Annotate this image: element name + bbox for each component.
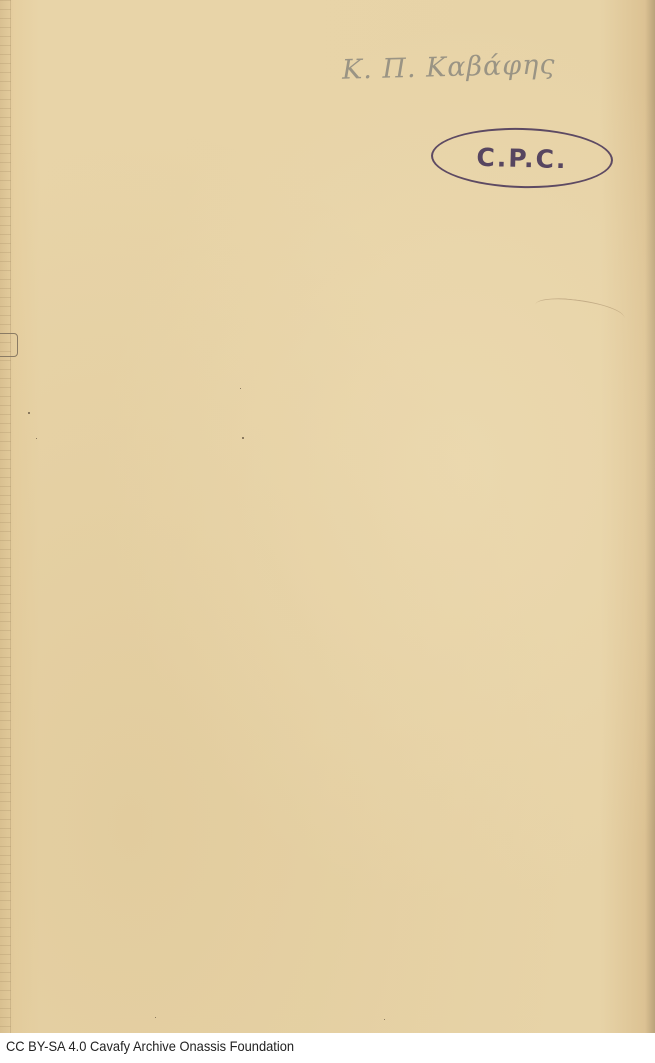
scanned-page: Κ. Π. Καβάφης C.P.C. [0,0,655,1033]
paper-speck [28,412,30,414]
stamp-text: C.P.C. [476,142,568,173]
paper-speck [36,438,37,439]
paper-speck [384,1019,385,1020]
binding-edge [0,0,11,1033]
handwritten-name: Κ. Π. Καβάφης [342,49,556,86]
paper-crease [534,295,626,327]
paper-speck [240,388,241,389]
side-tab-mark [0,333,18,357]
license-caption: CC BY-SA 4.0 Cavafy Archive Onassis Foun… [6,1038,294,1054]
paper-speck [242,437,244,439]
ownership-stamp: C.P.C. [430,126,614,191]
paper-speck [155,1017,156,1018]
